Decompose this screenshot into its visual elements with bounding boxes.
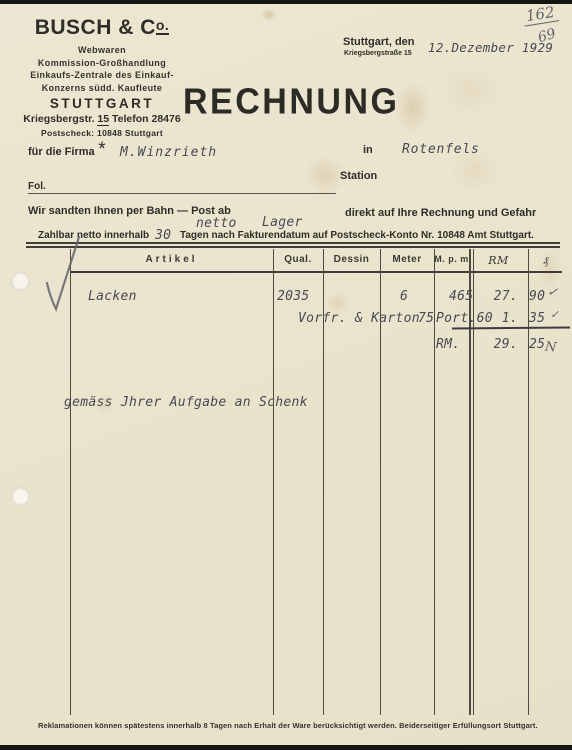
shipping-direkt-label: direkt auf Ihre Rechnung und Gefahr	[345, 207, 536, 219]
letterhead: BUSCH & Co. Webwaren Kommission-Großhand…	[8, 16, 196, 161]
handwritten-check: ✓	[550, 308, 559, 321]
letterhead-address: Kriegsbergstr. 15 Telefon 28476	[8, 113, 196, 125]
cell-artikel: Lacken	[88, 289, 137, 304]
place-date-label: Stuttgart, den	[343, 36, 415, 48]
in-value: Rotenfels	[402, 142, 480, 157]
fol-label: Fol.	[28, 181, 46, 192]
handwritten-mark: N	[544, 339, 557, 355]
paper-stain	[425, 55, 515, 125]
handwritten-checkmark	[40, 232, 84, 316]
cell-mpm-total-label: RM.	[436, 337, 460, 352]
company-descriptor: Einkaufs-Zentrale des Einkauf-	[8, 70, 196, 80]
pencil-secondary-number: 69	[536, 26, 558, 47]
scan-edge-bottom	[0, 745, 572, 750]
company-descriptor: Webwaren	[8, 45, 196, 55]
shipping-lager-value: Lager	[262, 215, 303, 230]
col-header-artikel: Artikel	[70, 254, 273, 265]
punch-hole-bottom	[11, 487, 30, 506]
footer-fine-print: Reklamationen können spätestens innerhal…	[38, 721, 538, 730]
col-header-mpm: M. p. m	[434, 254, 469, 264]
col-header-dessin: Dessin	[323, 254, 380, 265]
firma-value: M.Winzrieth	[120, 145, 217, 160]
cell-dessin: Vorfr. & Karton	[298, 311, 420, 326]
document-title: RECHNUNG	[183, 82, 399, 123]
cell-meter: 75	[418, 311, 434, 326]
payment-terms-suffix: Tagen nach Fakturendatum auf Postscheck-…	[180, 230, 534, 241]
invoice-document: 162 69 BUSCH & Co. Webwaren Kommission-G…	[0, 0, 572, 750]
paper-stain	[258, 6, 280, 24]
pencil-page-number: 162	[522, 2, 559, 26]
col-header-rm: RM	[469, 254, 528, 267]
col-header-qual: Qual.	[273, 254, 323, 265]
letterhead-postscheck: Postscheck: 10848 Stuttgart	[8, 128, 196, 138]
cell-qual: 2035	[277, 289, 310, 304]
table-top-rule	[26, 242, 560, 244]
cell-rm-total: 29.	[470, 337, 518, 352]
station-label: Station	[340, 170, 377, 182]
payment-days-value: 30	[155, 228, 171, 243]
typed-note: gemäss Jhrer Aufgabe an Schenk	[64, 395, 308, 410]
table-column-line	[273, 249, 274, 715]
company-name: BUSCH & Co.	[8, 16, 196, 40]
shipping-netto-value: netto	[196, 216, 237, 231]
col-header-meter: Meter	[380, 254, 434, 265]
scan-edge-top	[0, 0, 572, 4]
fol-line	[28, 193, 336, 194]
total-rule	[452, 326, 570, 329]
table-header-underline	[70, 271, 562, 273]
invoice-date-value: 12.Dezember 1929	[428, 40, 553, 55]
firma-label: für die Firma	[28, 146, 95, 158]
cell-pfennig-total: 25	[529, 337, 545, 352]
letterhead-street-small: Kriegsbergstraße 15	[344, 50, 412, 57]
handwritten-check: ✓	[546, 284, 559, 300]
cell-rm: 27.	[470, 289, 518, 304]
company-descriptor: Kommission-Großhandlung	[8, 58, 196, 68]
col-header-pfennig: ₰	[528, 254, 564, 267]
table-top-rule	[26, 246, 560, 248]
cell-pfennig: 35	[529, 311, 545, 326]
cell-pfennig: 90	[529, 289, 545, 304]
company-descriptor: Konzerns südd. Kaufleute	[8, 83, 196, 93]
cell-meter: 6	[400, 289, 408, 304]
punch-hole-top	[11, 272, 30, 291]
in-label: in	[363, 144, 373, 156]
table-column-line	[70, 249, 71, 715]
letterhead-city: STUTTGART	[8, 96, 196, 111]
cell-rm: 1.	[470, 311, 518, 326]
